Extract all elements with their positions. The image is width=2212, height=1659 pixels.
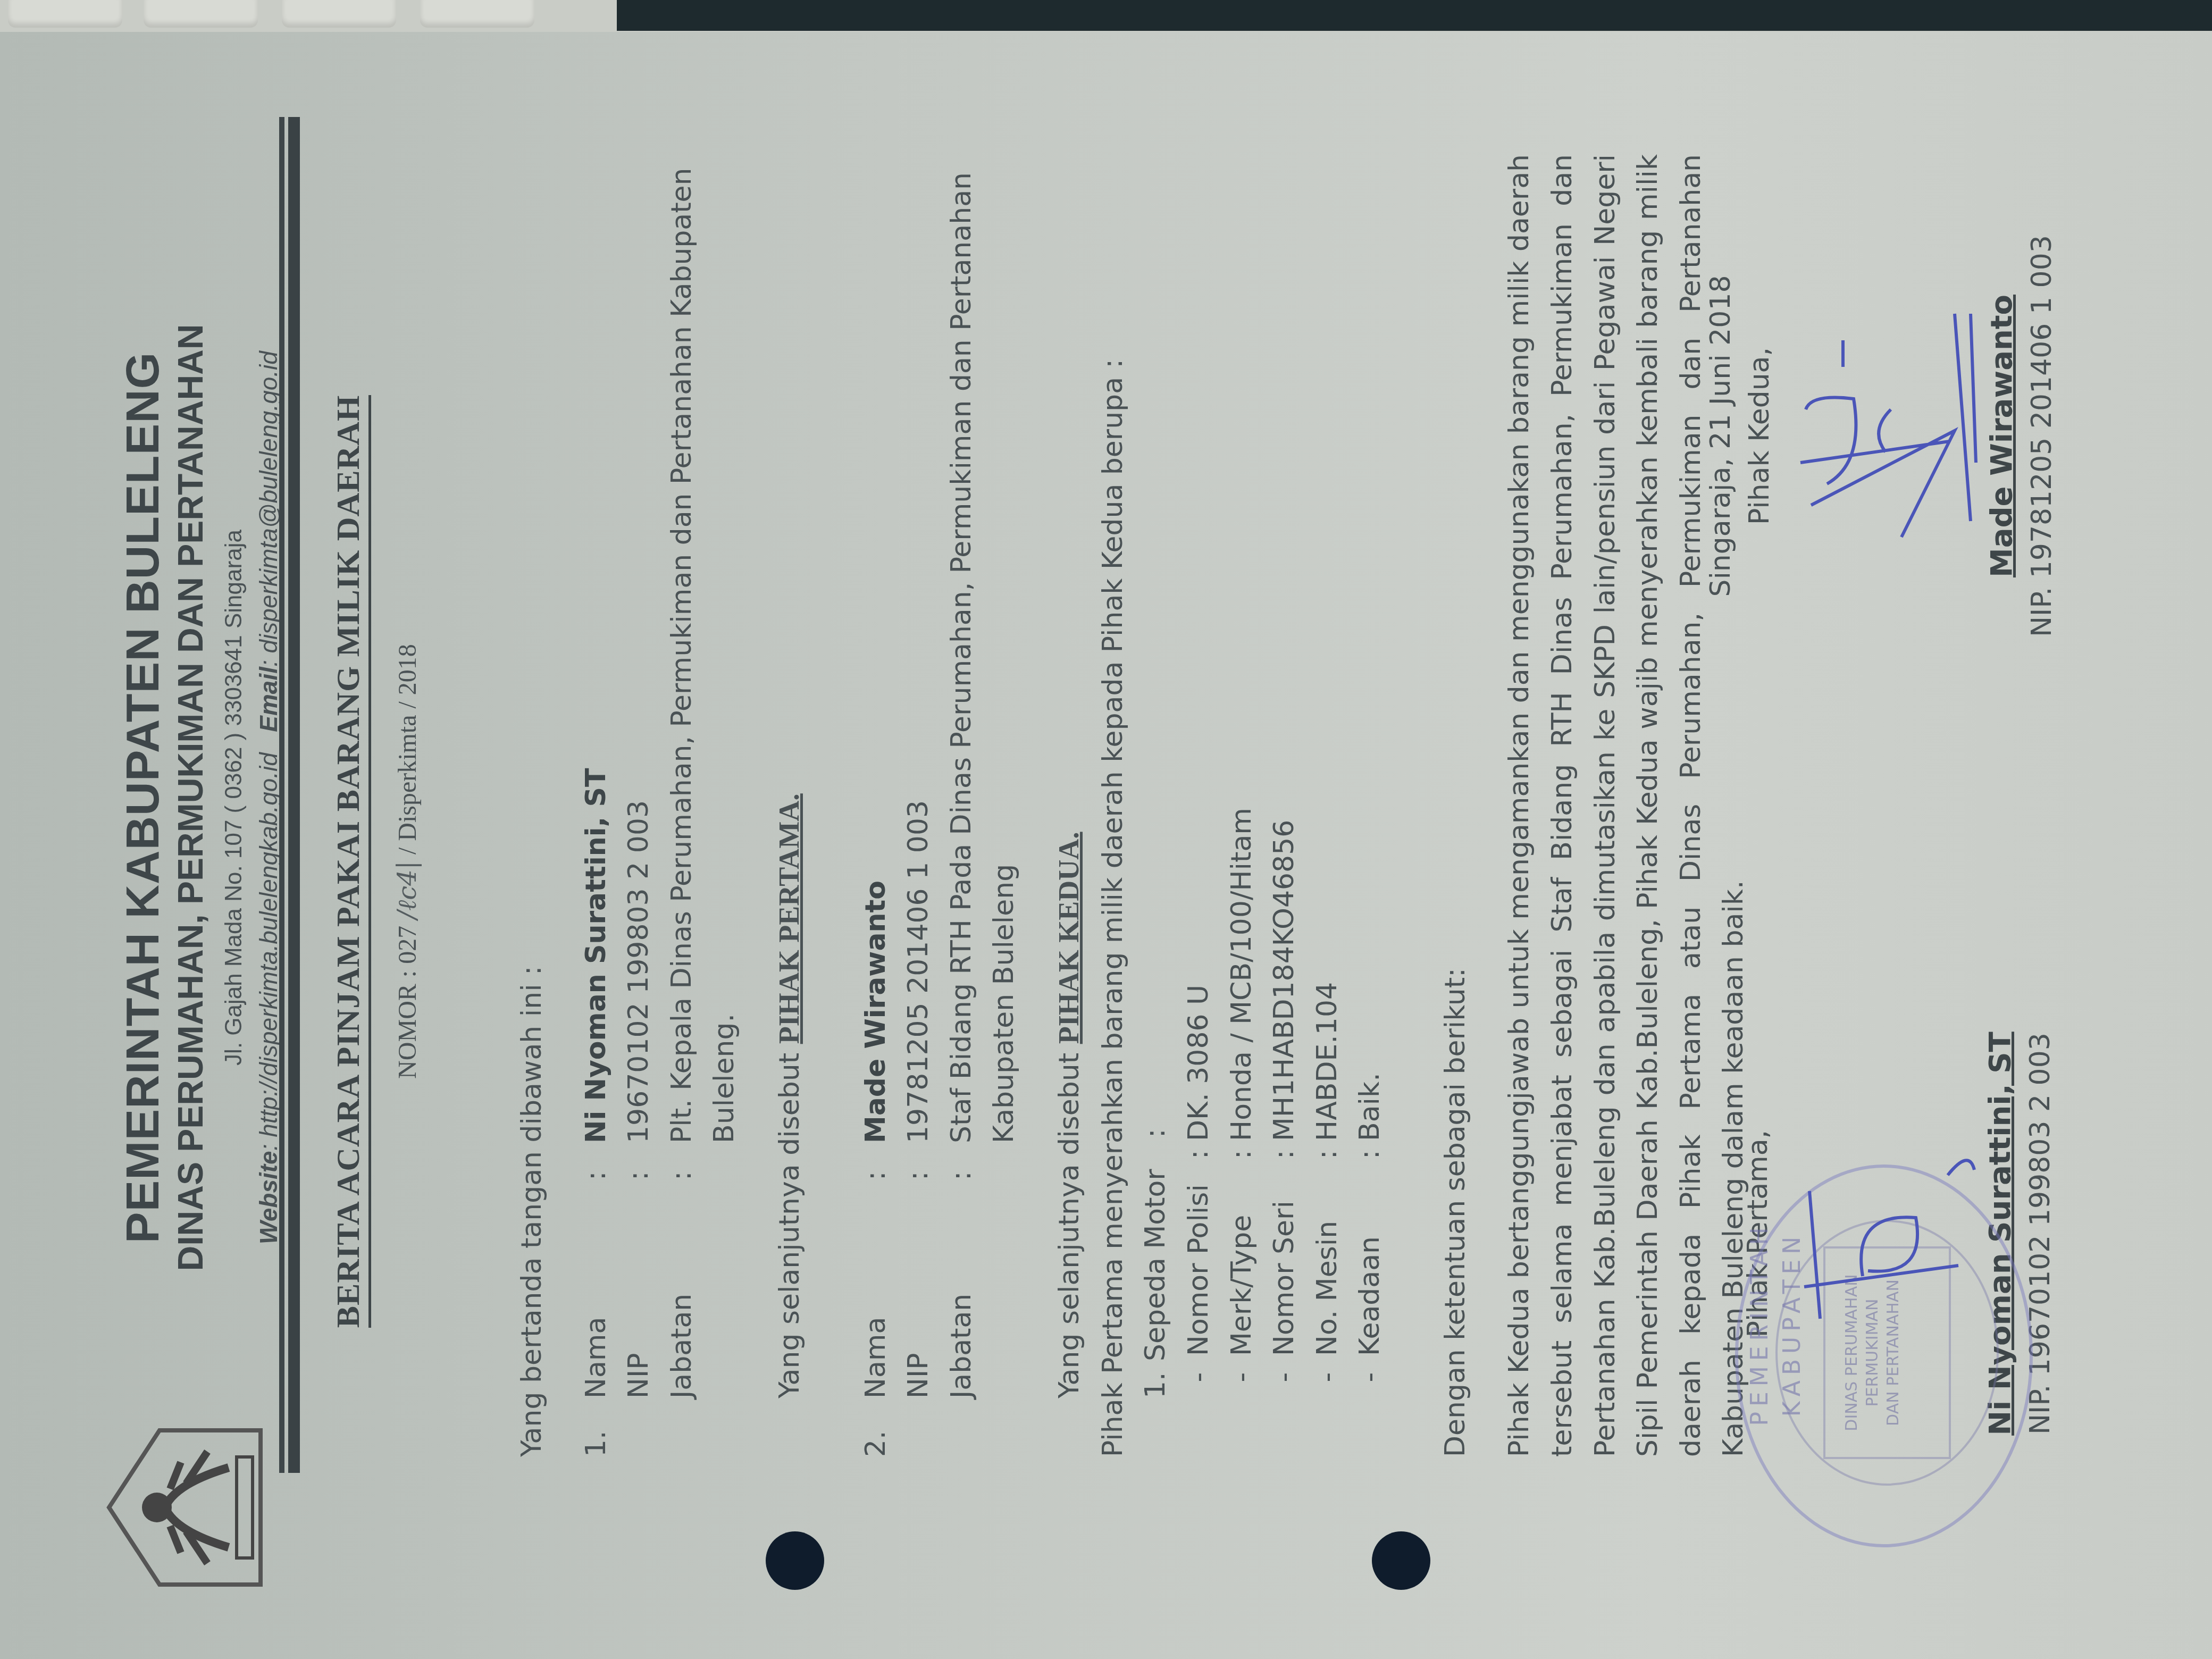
item-list: 1. Sepeda Motor : -Nomor Polisi: DK. 308… [1134, 154, 1392, 1457]
item-detail-row: -Keadaan: Baik. [1348, 154, 1392, 1398]
signature-icon [1779, 292, 1981, 569]
keyboard-key [8, 0, 122, 28]
party-1-designation: Yang selanjutnya disebut PIHAK PERTAMA. [767, 154, 812, 1457]
signature-icon [1788, 1127, 1980, 1351]
letterhead-rule [279, 117, 284, 1473]
keyboard-key [144, 0, 258, 28]
letterhead-address: Jl. Gajah Mada No. 107 ( 0362 ) 3303641 … [216, 186, 252, 1409]
item-detail-row: -Nomor Seri: MH1HABD184KO46856 [1263, 154, 1306, 1398]
terms-intro: Dengan ketentuan sebagai berikut: [1434, 154, 1477, 1457]
letterhead-government: PEMERINTAH KABUPATEN BULELENG [117, 186, 169, 1409]
keyboard-key [282, 0, 396, 28]
item-detail-row: -Merk/Type: Honda / MCB/100/Hitam [1220, 154, 1263, 1398]
letterhead-rule [288, 117, 300, 1473]
document-page: PEMERINTAH KABUPATEN BULELENG DINAS PERU… [80, 90, 2180, 1632]
second-party-signatory-name: Made Wirawanto [1981, 144, 2023, 728]
first-party-signatory-nip: NIP. 19670102 199803 2 003 [2021, 941, 2060, 1526]
party-1-position: Plt. Kepala Dinas Perumahan, Permukiman … [660, 154, 746, 1143]
item-heading: 1. Sepeda Motor : [1134, 154, 1177, 1398]
handwritten-number: /ℓc4| [392, 861, 422, 919]
place-date: Singaraja, 21 Juni 2018 [1702, 144, 1740, 728]
item-detail-row: -No. Mesin: HABDE.104 [1306, 154, 1349, 1398]
second-party-signatory-nip: NIP. 19781205 201406 1 003 [2023, 144, 2062, 728]
letterhead-agency: DINAS PERUMAHAN, PERMUKIMAN DAN PERTANAH… [169, 186, 213, 1409]
intro-text: Yang bertanda tangan dibawah ini : [510, 154, 554, 1457]
document-body: Yang bertanda tangan dibawah ini : 1. Na… [510, 154, 1755, 1457]
signature-block-first-party: Pihak Pertama, PEMERINTAH KABUPATEN DINA… [1702, 941, 2060, 1526]
party-1-nip: 19670102 199803 2 003 [617, 154, 660, 1143]
party-2: 2. Nama : Made Wirawanto NIP : 19781205 … [854, 154, 1092, 1457]
party-2-position: Staf Bidang RTH Pada Dinas Perumahan, Pe… [940, 154, 1026, 1143]
party-2-designation: Yang selanjutnya disebut PIHAK KEDUA. [1047, 154, 1092, 1457]
party-2-name: Made Wirawanto [854, 154, 898, 1143]
item-detail-row: -Nomor Polisi: DK. 3086 U [1177, 154, 1220, 1398]
dark-surface [617, 0, 2212, 31]
party-1: 1. Nama : Ni Nyoman Surattini, ST NIP : … [575, 154, 812, 1457]
document-number: NOMOR : 027 /ℓc4| / Disperkimta / 2018 [392, 90, 422, 1632]
signature-block-second-party: Singaraja, 21 Juni 2018 Pihak Kedua, Mad… [1702, 144, 2062, 728]
party-2-nip: 19781205 201406 1 003 [897, 154, 940, 1143]
document-title: BERITA ACARA PINJAM PAKAI BARANG MILIK D… [330, 395, 371, 1328]
keyboard-key [420, 0, 534, 28]
keyboard-edge [0, 0, 2212, 32]
buleleng-emblem-icon [101, 1420, 276, 1595]
email-link: : disperkimta@buleleng.go.id [255, 351, 282, 667]
letterhead: PEMERINTAH KABUPATEN BULELENG DINAS PERU… [80, 90, 303, 1632]
handover-text: Pihak Pertama menyerahkan barang milik d… [1092, 154, 1135, 1457]
website-link: : http://disperkimta.bulelengkab.go.id [255, 752, 282, 1151]
document-title-block: BERITA ACARA PINJAM PAKAI BARANG MILIK D… [330, 90, 422, 1632]
party-1-name: Ni Nyoman Surattini, ST [575, 154, 618, 1143]
